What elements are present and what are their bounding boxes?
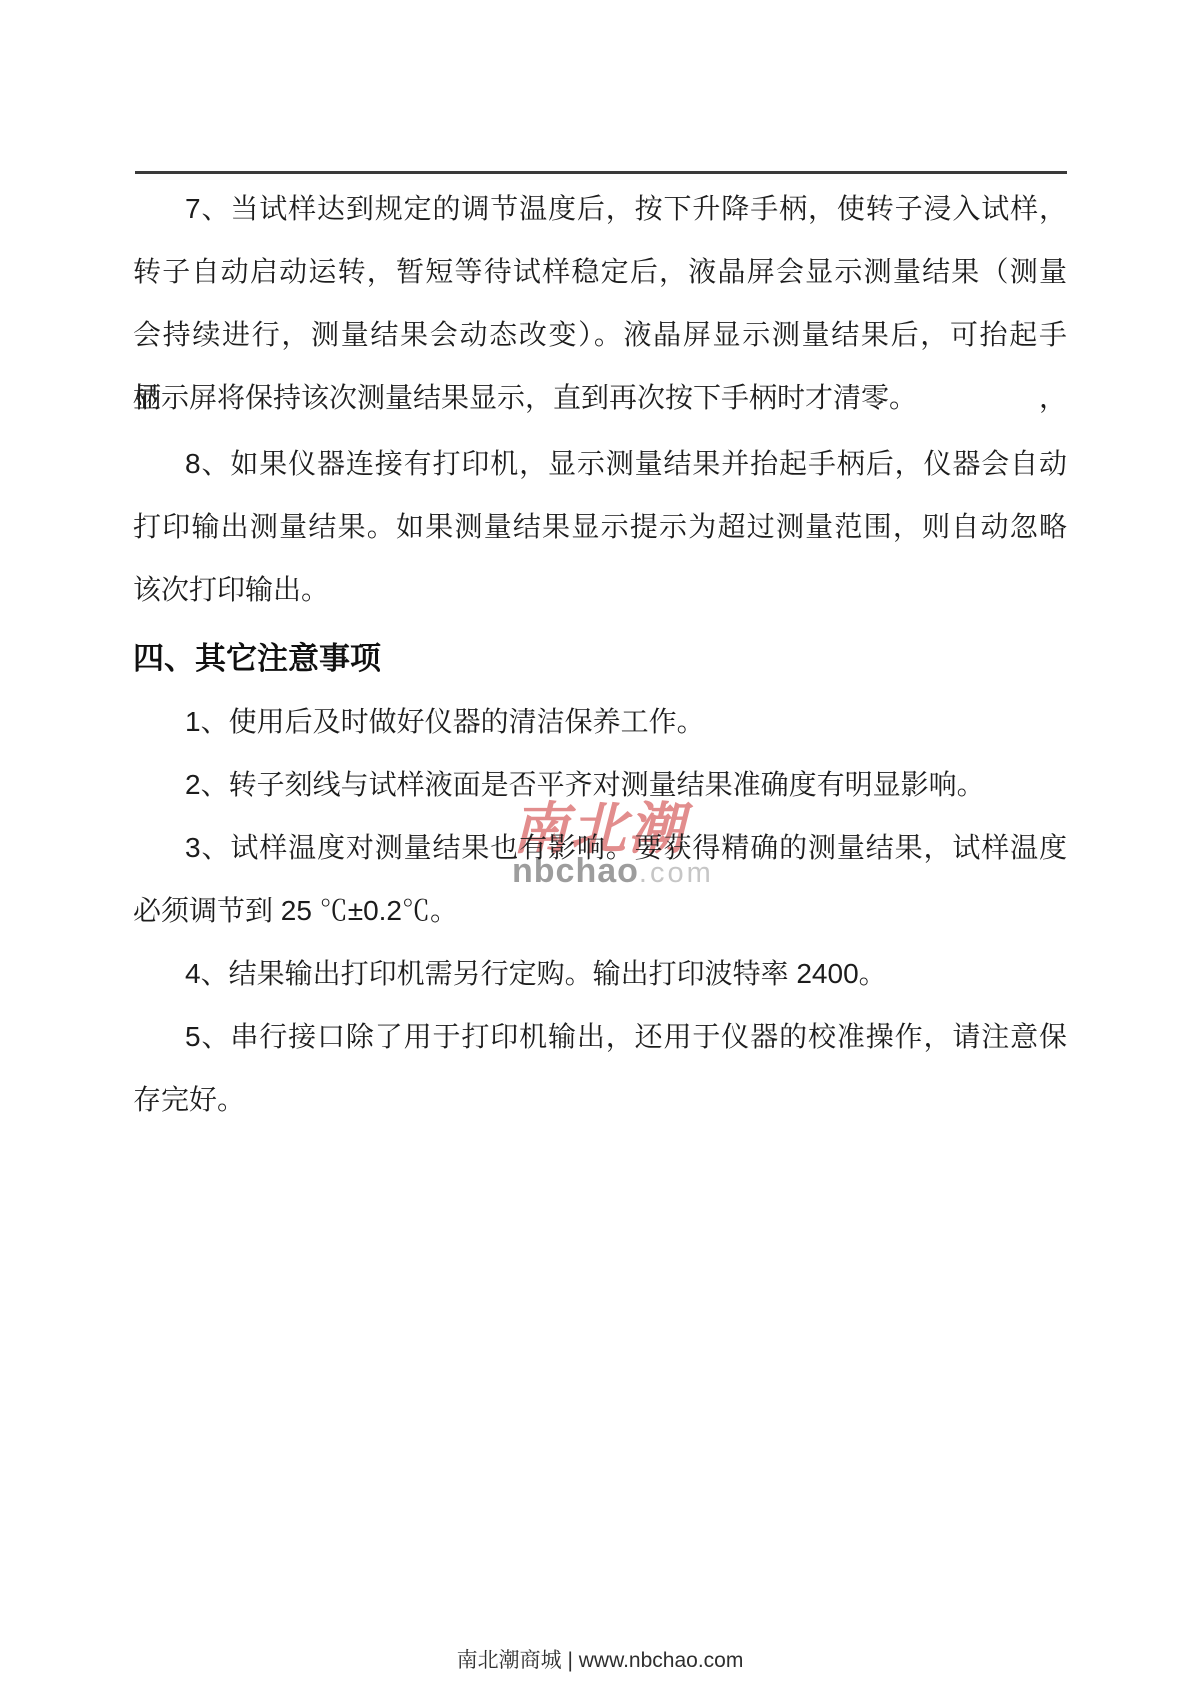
section-heading: 四、其它注意事项 bbox=[133, 627, 1067, 690]
text-line: 会持续进行，测量结果会动态改变）。液晶屏显示测量结果后，可抬起手柄， bbox=[133, 303, 1067, 366]
note-item-2: 2、转子刻线与试样液面是否平齐对测量结果准确度有明显影响。 bbox=[133, 753, 1067, 816]
page-footer: 南北潮商城 | www.nbchao.com bbox=[0, 1645, 1200, 1677]
document-body: 7、当试样达到规定的调节温度后，按下升降手柄，使转子浸入试样， 转子自动启动运转… bbox=[133, 177, 1067, 1131]
paragraph-7: 7、当试样达到规定的调节温度后，按下升降手柄，使转子浸入试样， 转子自动启动运转… bbox=[133, 177, 1067, 429]
text-line: 5、串行接口除了用于打印机输出，还用于仪器的校准操作，请注意保 bbox=[133, 1005, 1067, 1068]
note-item-1: 1、使用后及时做好仪器的清洁保养工作。 bbox=[133, 690, 1067, 753]
note-item-4: 4、结果输出打印机需另行定购。输出打印波特率 2400。 bbox=[133, 942, 1067, 1005]
text-line: 7、当试样达到规定的调节温度后，按下升降手柄，使转子浸入试样， bbox=[133, 177, 1067, 240]
text-line: 2、转子刻线与试样液面是否平齐对测量结果准确度有明显影响。 bbox=[133, 753, 1067, 816]
text-line: 4、结果输出打印机需另行定购。输出打印波特率 2400。 bbox=[133, 942, 1067, 1005]
text-line: 打印输出测量结果。如果测量结果显示提示为超过测量范围，则自动忽略 bbox=[133, 495, 1067, 558]
note-item-5: 5、串行接口除了用于打印机输出，还用于仪器的校准操作，请注意保 存完好。 bbox=[133, 1005, 1067, 1131]
text-line: 该次打印输出。 bbox=[133, 558, 1067, 621]
text-line: 存完好。 bbox=[133, 1068, 1067, 1131]
paragraph-8: 8、如果仪器连接有打印机，显示测量结果并抬起手柄后，仪器会自动 打印输出测量结果… bbox=[133, 432, 1067, 621]
footer-text: 南北潮商城 | www.nbchao.com bbox=[457, 1649, 744, 1672]
text-line: 必须调节到 25 ℃±0.2℃。 bbox=[133, 879, 1067, 942]
document-page: 南北潮 nbchao.com 7、当试样达到规定的调节温度后，按下升降手柄，使转… bbox=[0, 0, 1200, 1697]
text-line: 8、如果仪器连接有打印机，显示测量结果并抬起手柄后，仪器会自动 bbox=[133, 432, 1067, 495]
header-rule bbox=[135, 171, 1067, 174]
text-line: 转子自动启动运转，暂短等待试样稳定后，液晶屏会显示测量结果（测量 bbox=[133, 240, 1067, 303]
text-line: 3、试样温度对测量结果也有影响。要获得精确的测量结果，试样温度 bbox=[133, 816, 1067, 879]
note-item-3: 3、试样温度对测量结果也有影响。要获得精确的测量结果，试样温度 必须调节到 25… bbox=[133, 816, 1067, 942]
text-line: 1、使用后及时做好仪器的清洁保养工作。 bbox=[133, 690, 1067, 753]
